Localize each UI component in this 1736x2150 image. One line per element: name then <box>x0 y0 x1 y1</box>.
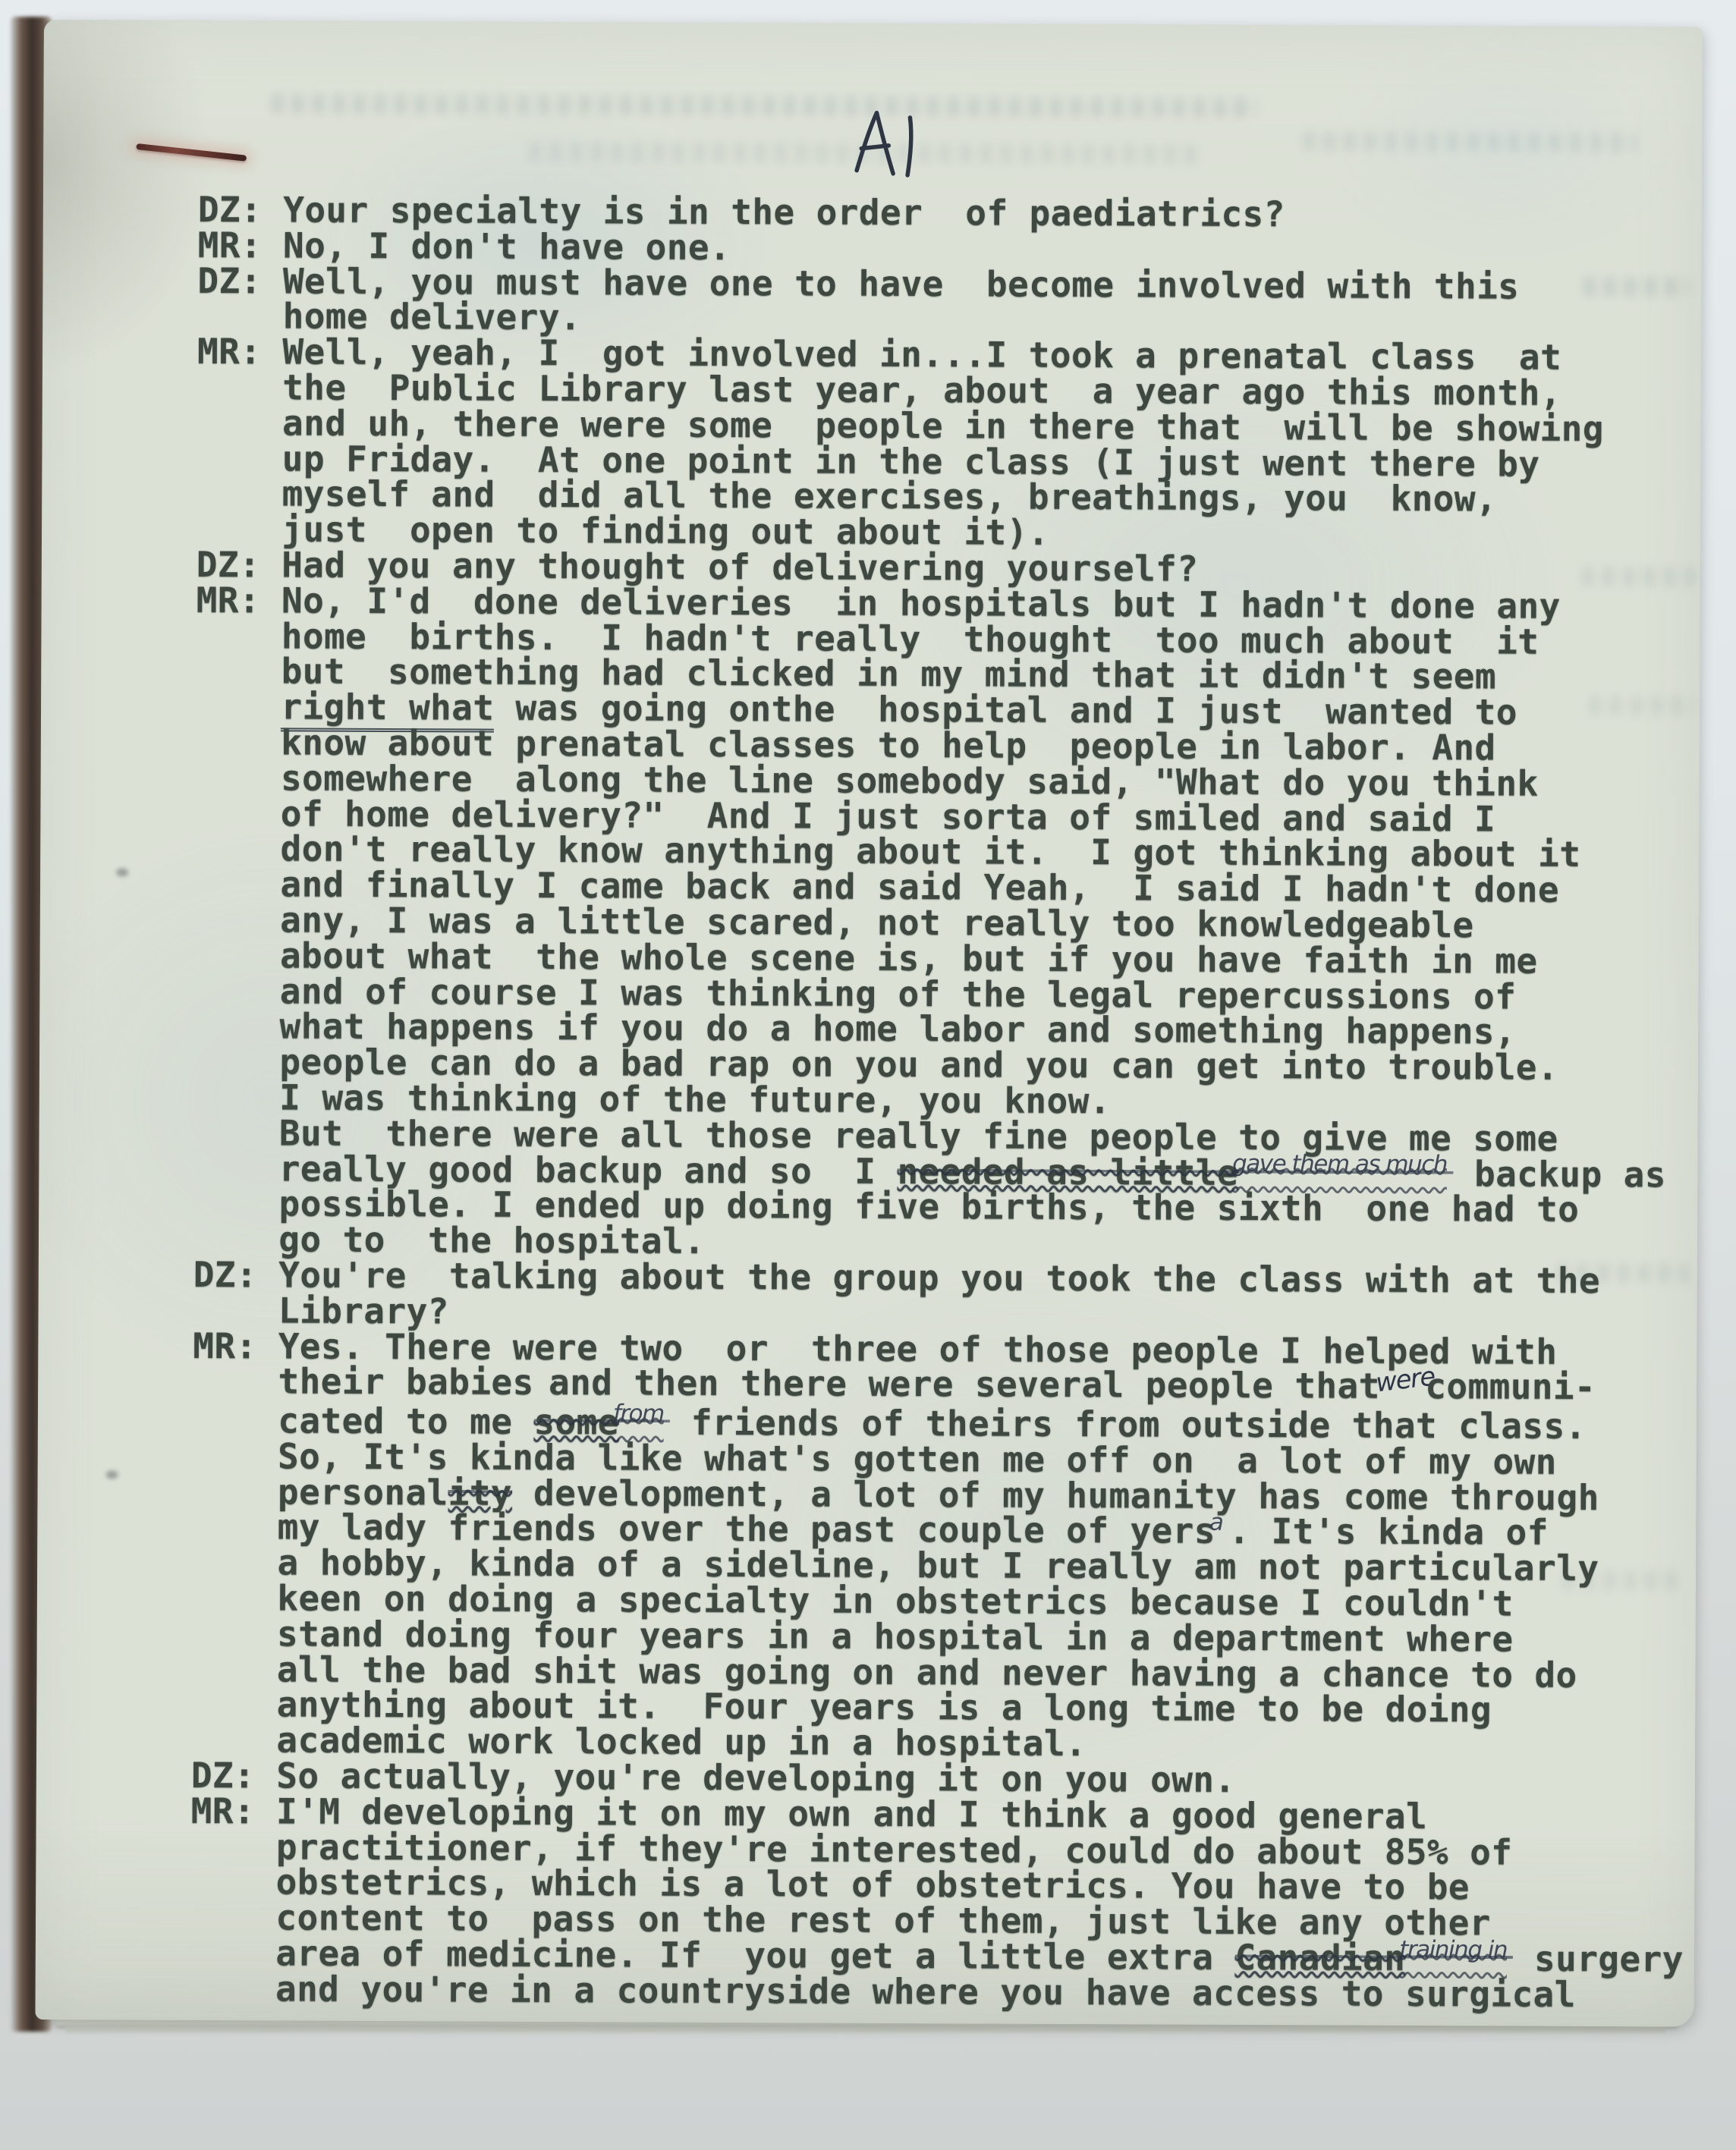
page-stack-edge <box>65 2026 1666 2032</box>
typed-text: and you're in a countryside where you ha… <box>275 1968 1576 2014</box>
transcript: DZ: Your specialty is in the order of pa… <box>190 192 1723 2013</box>
typed-text: communi- <box>1425 1366 1596 1407</box>
handwritten-note: training in <box>1399 1936 1507 1964</box>
document-page: A1 DZ: Your specialty is in the order of… <box>35 20 1702 2027</box>
speaker-tag <box>193 1290 278 1331</box>
photographed-document: A1 DZ: Your specialty is in the order of… <box>0 0 1736 2150</box>
speaker-tag: MR: <box>197 580 282 621</box>
transcript-line: and you're in a countryside where you ha… <box>190 1971 1716 2013</box>
speaker-tag <box>193 1360 278 1401</box>
bleed-through-ghost <box>1303 131 1637 152</box>
staple-icon <box>136 143 247 162</box>
speaker-tag <box>195 935 281 976</box>
handwritten-note: from <box>613 1400 664 1427</box>
paper-speck <box>106 1470 118 1479</box>
typed-text: You're talking about the group you took … <box>278 1254 1600 1301</box>
bleed-through-ghost <box>271 93 1257 118</box>
typed-text: their babies <box>278 1361 555 1403</box>
speaker-tag <box>196 757 281 798</box>
handwritten-note: a <box>1209 1509 1223 1536</box>
speaker-tag <box>190 1968 276 2009</box>
paper-speck <box>116 868 128 876</box>
speaker-tag <box>193 1112 279 1153</box>
handwritten-note: gave them as much <box>1232 1150 1447 1178</box>
handwritten-page-label: A1 <box>849 105 932 181</box>
typed-text: and then there were several people that <box>549 1362 1380 1407</box>
